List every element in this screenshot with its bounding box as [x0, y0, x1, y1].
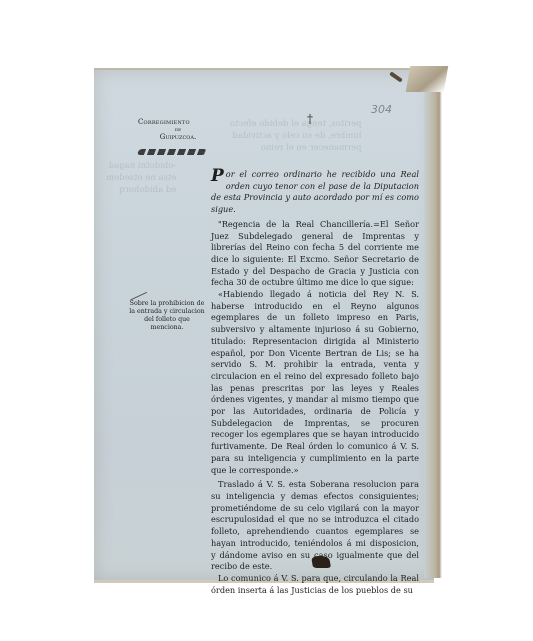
folded-corner [406, 66, 449, 92]
paragraph: «Habiendo llegado á noticia del Rey N. S… [211, 289, 419, 476]
margin-note: Sobre la prohibicion de la entrada y cir… [128, 300, 206, 332]
intro-paragraph: Por el correo ordinario he recibido una … [211, 169, 419, 216]
letterhead: Corregimiento de Guipuzcoa. [138, 118, 218, 141]
cross-mark: † [307, 112, 313, 126]
intro-text: or el correo ordinario he recibido una R… [211, 169, 419, 214]
letterhead-line3: Guipuzcoa. [138, 133, 218, 141]
page-edge [424, 72, 442, 578]
paragraph: Lo comunico á V. S. para que, circulando… [211, 573, 419, 596]
ornament-rule [137, 149, 207, 155]
ink-stain [311, 556, 331, 568]
drop-cap: P [211, 169, 224, 183]
letterhead-line2: de [138, 126, 218, 133]
document-body: Por el correo ordinario he recibido una … [211, 169, 419, 596]
letterhead-line1: Corregimiento [138, 118, 218, 126]
paragraph: "Regencia de la Real Chancillería.=El Se… [211, 219, 419, 289]
folio-number: 304 [371, 103, 392, 116]
